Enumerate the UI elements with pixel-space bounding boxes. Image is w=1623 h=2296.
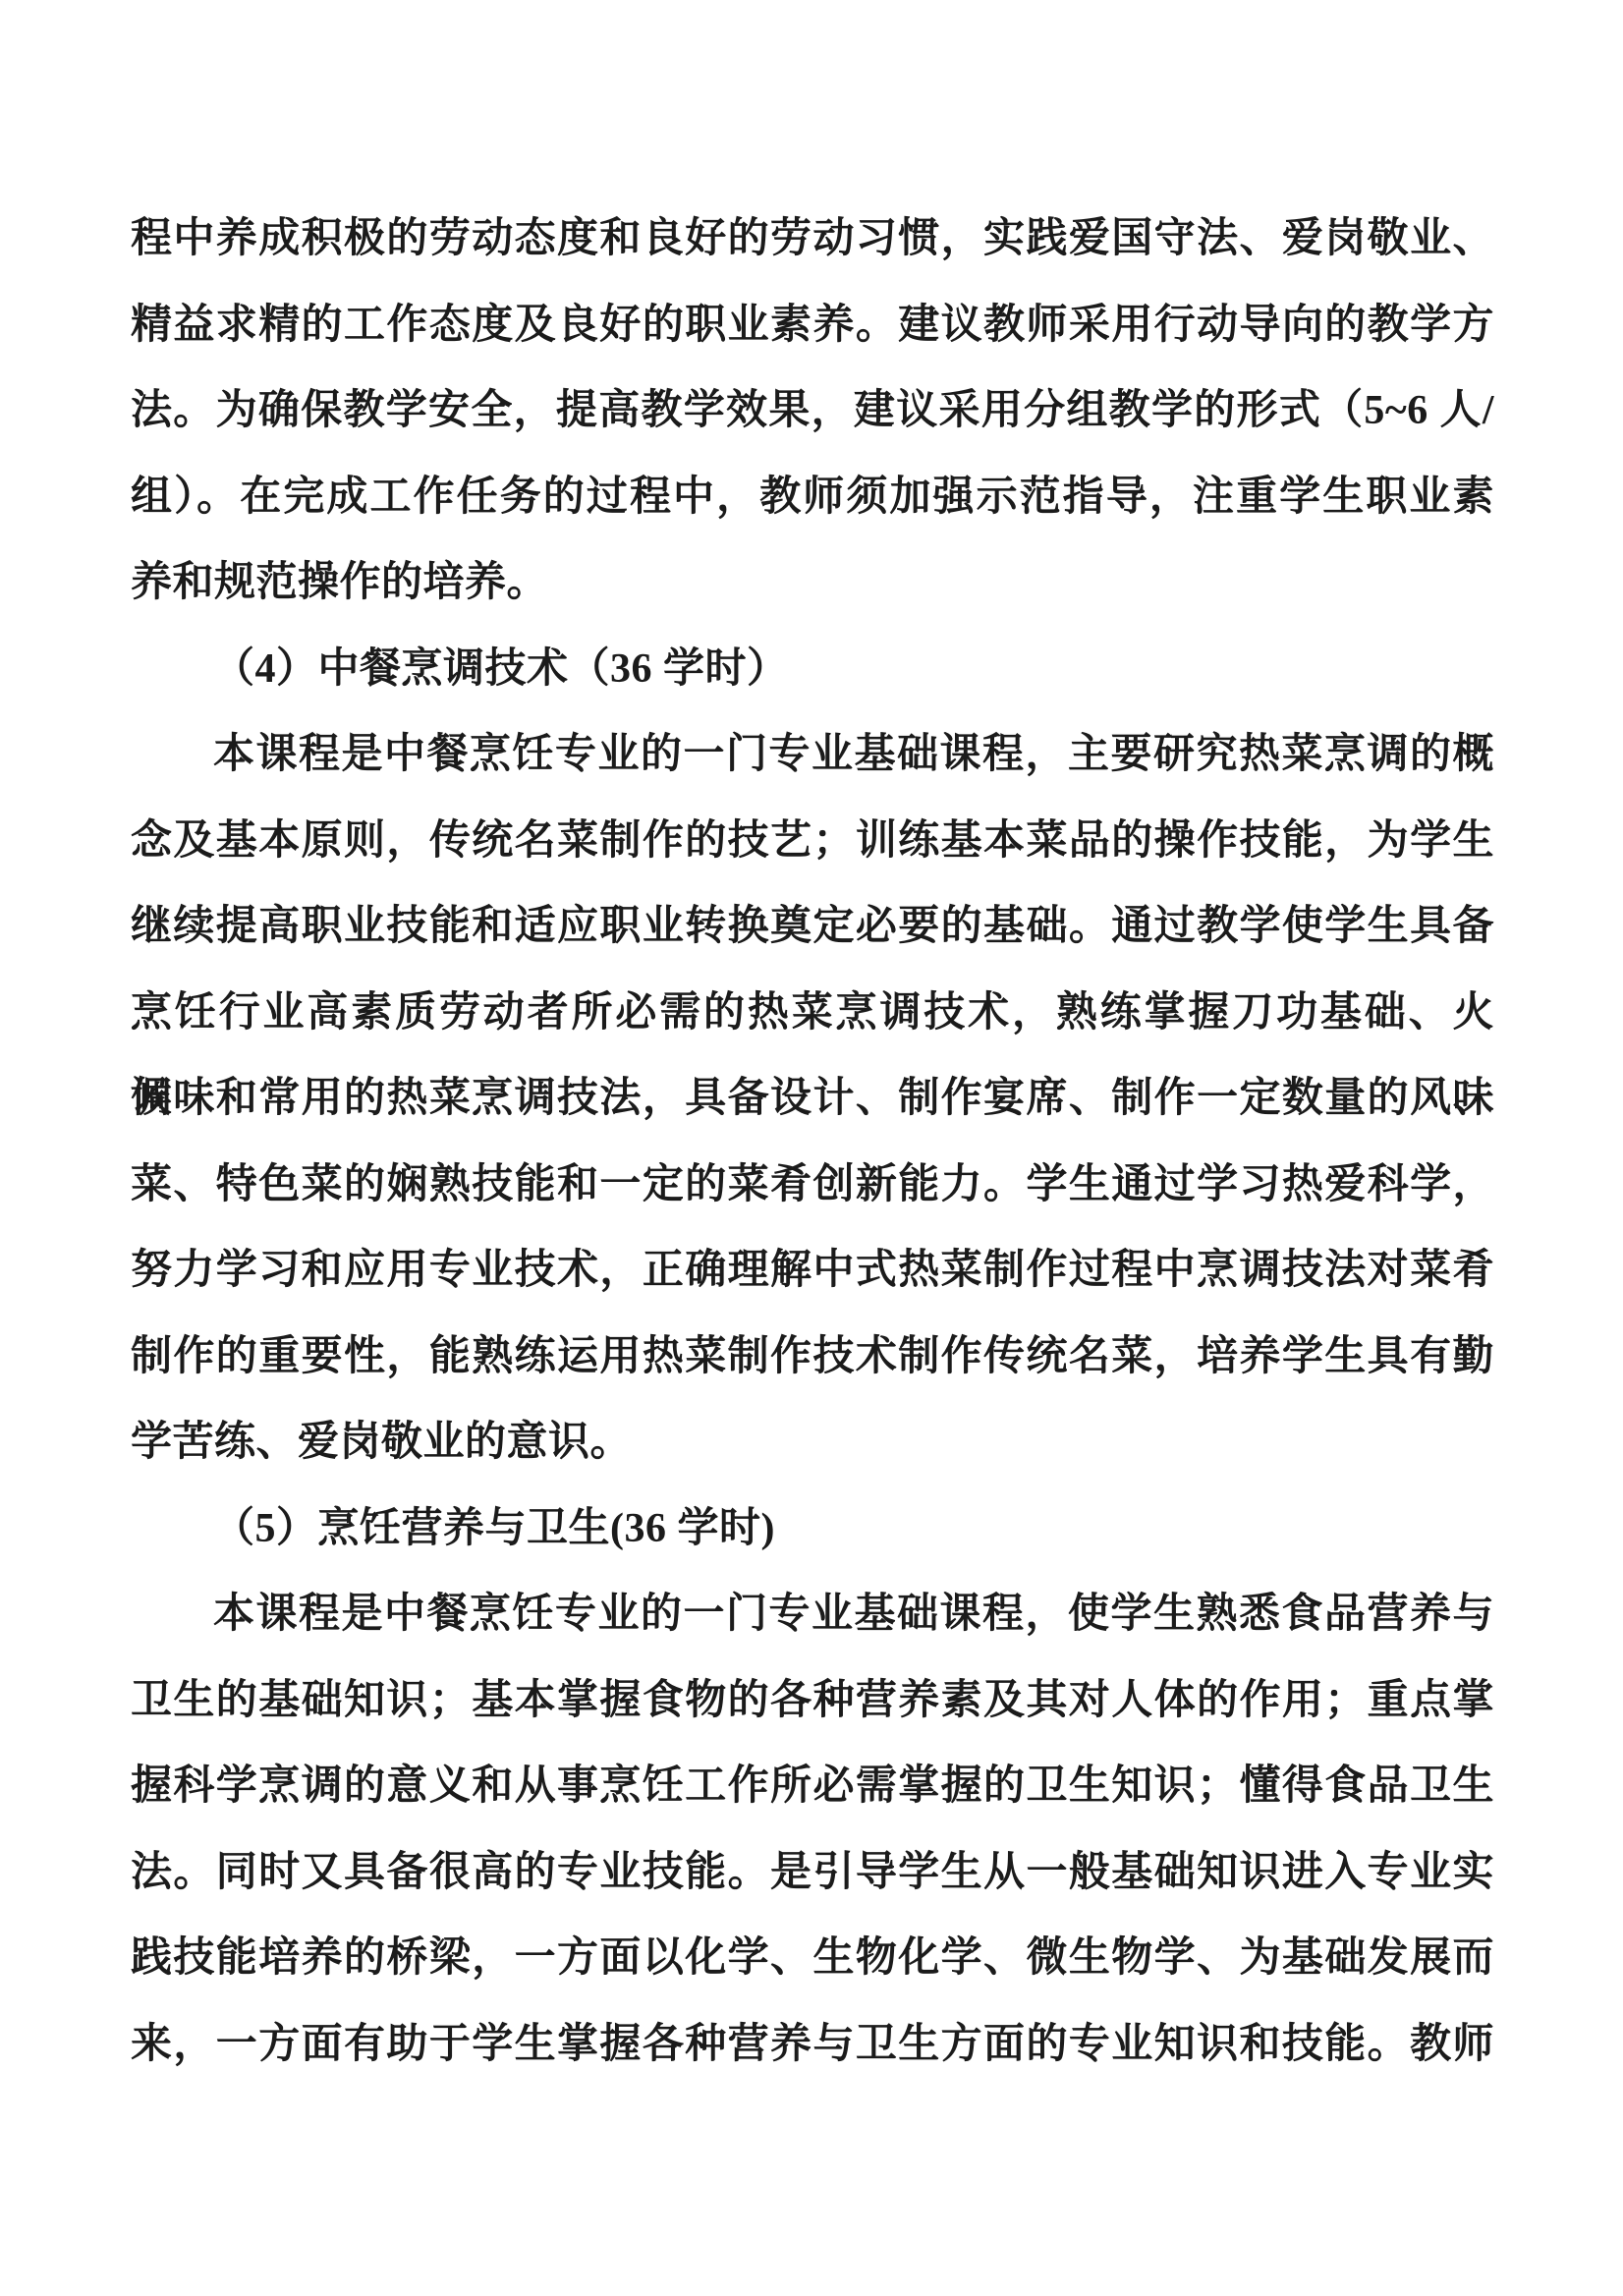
text-line: 念及基本原则，传统名菜制作的技艺；训练基本菜品的操作技能，为学生 [131, 799, 1494, 885]
text-line: 握科学烹调的意义和从事烹饪工作所必需掌握的卫生知识；懂得食品卫生 [131, 1744, 1494, 1830]
text-line: 法。为确保教学安全，提高教学效果，建议采用分组教学的形式（5~6 人/ [131, 368, 1494, 455]
section-heading-5: （5）烹饪营养与卫生(36 学时) [131, 1486, 1494, 1573]
document-page: 程中养成积极的劳动态度和良好的劳动习惯，实践爱国守法、爱岗敬业、 精益求精的工作… [0, 0, 1623, 2296]
text-line: 践技能培养的桥梁，一方面以化学、生物化学、微生物学、为基础发展而 [131, 1916, 1494, 2002]
text-line: 本课程是中餐烹饪专业的一门专业基础课程，使学生熟悉食品营养与 [131, 1572, 1494, 1658]
text-line: 烹饪行业高素质劳动者所必需的热菜烹调技术，熟练掌握刀功基础、火候、 [131, 971, 1494, 1057]
text-line: 养和规范操作的培养。 [131, 540, 1494, 627]
text-line: 努力学习和应用专业技术，正确理解中式热菜制作过程中烹调技法对菜肴 [131, 1228, 1494, 1315]
text-block: 程中养成积极的劳动态度和良好的劳动习惯，实践爱国守法、爱岗敬业、 精益求精的工作… [131, 196, 1494, 2088]
text-line: 学苦练、爱岗敬业的意识。 [131, 1400, 1494, 1486]
text-line: 制作的重要性，能熟练运用热菜制作技术制作传统名菜，培养学生具有勤 [131, 1315, 1494, 1401]
text-line: 菜、特色菜的娴熟技能和一定的菜肴创新能力。学生通过学习热爱科学， [131, 1143, 1494, 1229]
text-line: 精益求精的工作态度及良好的职业素养。建议教师采用行动导向的教学方 [131, 283, 1494, 369]
text-line: 法。同时又具备很高的专业技能。是引导学生从一般基础知识进入专业实 [131, 1830, 1494, 1917]
text-line: 来，一方面有助于学生掌握各种营养与卫生方面的专业知识和技能。教师 [131, 2002, 1494, 2089]
text-line: 程中养成积极的劳动态度和良好的劳动习惯，实践爱国守法、爱岗敬业、 [131, 196, 1494, 283]
section-heading-4: （4）中餐烹调技术（36 学时） [131, 627, 1494, 713]
text-line: 本课程是中餐烹饪专业的一门专业基础课程，主要研究热菜烹调的概 [131, 712, 1494, 799]
text-line: 继续提高职业技能和适应职业转换奠定必要的基础。通过教学使学生具备 [131, 884, 1494, 971]
text-line: 卫生的基础知识；基本掌握食物的各种营养素及其对人体的作用；重点掌 [131, 1658, 1494, 1745]
text-line: 组）。在完成工作任务的过程中，教师须加强示范指导，注重学生职业素 [131, 455, 1494, 541]
text-line: 调味和常用的热菜烹调技法，具备设计、制作宴席、制作一定数量的风味 [131, 1056, 1494, 1143]
